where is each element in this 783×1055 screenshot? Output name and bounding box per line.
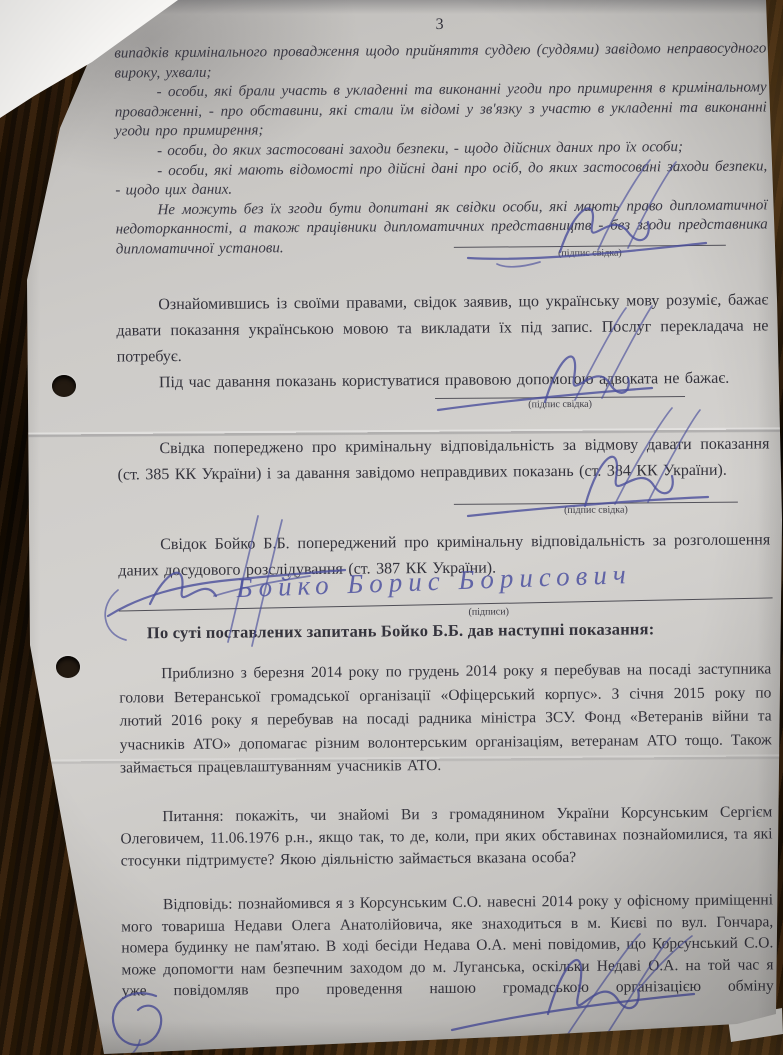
warning-paragraph: Свідка попереджено про кримінальну відпо… bbox=[117, 431, 769, 488]
punch-hole bbox=[52, 375, 76, 397]
criminal-liability-warning: Свідка попереджено про кримінальну відпо… bbox=[117, 431, 769, 488]
acknowledgement-block: Ознайомившись із своїми правами, свідок … bbox=[116, 287, 769, 396]
witness-signature-block: (підпис свідка) bbox=[454, 502, 738, 517]
paper-sheet: 3 випадків кримінального провадження щод… bbox=[0, 0, 783, 1055]
witness-signature-label: (підпис свідка) bbox=[564, 505, 628, 516]
testimony-heading: По суті поставлених запитань Бойко Б.Б. … bbox=[119, 618, 771, 643]
witness-signature-block: (підпис свідка) bbox=[454, 245, 726, 260]
legal-notice-paragraph: - особи, які брали участь в укладенні та… bbox=[115, 79, 767, 143]
testimony-paragraph: Питання: покажіть, чи знайомі Ви з грома… bbox=[120, 801, 772, 872]
page-number: 3 bbox=[114, 13, 766, 36]
testimony-block: Приблизно з березня 2014 року по грудень… bbox=[119, 657, 772, 780]
legal-notice-block: випадків кримінального провадження щодо … bbox=[114, 39, 768, 260]
testimony-paragraph: Відповідь: познайомився я з Корсунським … bbox=[121, 889, 774, 1002]
witness-signature-block: (підпис свідка) bbox=[435, 396, 685, 411]
testimony-block: Питання: покажіть, чи знайомі Ви з грома… bbox=[120, 801, 772, 872]
acknowledgement-paragraph: Під час давання показань користуватися п… bbox=[117, 365, 769, 396]
document-photo: 3 випадків кримінального провадження щод… bbox=[0, 0, 783, 1055]
typed-page-content: 3 випадків кримінального провадження щод… bbox=[114, 0, 774, 1055]
acknowledgement-paragraph: Ознайомившись із своїми правами, свідок … bbox=[116, 287, 769, 370]
testimony-block: Відповідь: познайомився я з Корсунським … bbox=[121, 889, 774, 1002]
punch-hole bbox=[56, 656, 80, 678]
witness-signature-label: (підпис свідка) bbox=[558, 248, 622, 259]
legal-notice-paragraph: - особи, які мають відомості про дійсні … bbox=[115, 157, 767, 201]
legal-notice-paragraph: випадків кримінального провадження щодо … bbox=[114, 39, 766, 83]
signatures-label: (підписи) bbox=[419, 606, 559, 618]
testimony-paragraph: Приблизно з березня 2014 року по грудень… bbox=[119, 657, 772, 780]
witness-signature-label: (підпис свідка) bbox=[528, 399, 592, 411]
